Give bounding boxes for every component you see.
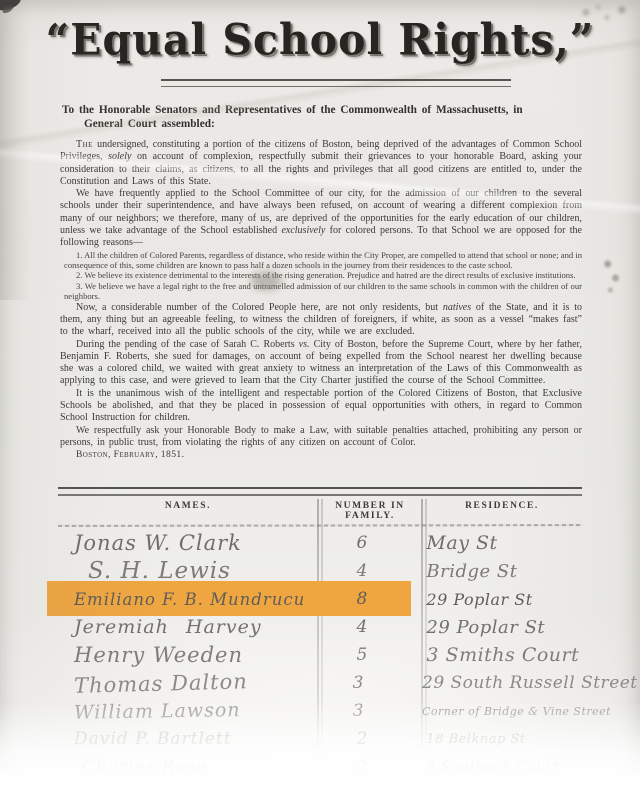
family-count: 3	[308, 673, 408, 693]
table-top-rule	[58, 487, 582, 496]
table-header-row: NAMES. NUMBER IN FAMILY. RESIDENCE.	[58, 501, 582, 521]
family-count: 4	[311, 561, 412, 581]
residence: 29 Poplar St	[412, 617, 582, 638]
signature-name: Jonas W. Clark	[58, 531, 311, 555]
signature-row: William Lawson3Corner of Bridge & Vine S…	[58, 697, 582, 725]
ink-speckles	[600, 256, 626, 296]
page-title: “Equal School Rights,”	[0, 15, 640, 65]
salutation: To the Honorable Senators and Representa…	[62, 103, 582, 131]
title-divider-rule	[161, 79, 511, 87]
signature-row: Henry Weeden53 Smiths Court	[58, 641, 582, 669]
petition-paragraph: We have frequently applied to the School…	[60, 188, 582, 249]
family-count: 2	[311, 729, 412, 749]
signature-row: David P. Bartlett218 Belknap St	[58, 725, 582, 753]
signature-table: NAMES. NUMBER IN FAMILY. RESIDENCE. Jona…	[58, 487, 582, 781]
petition-paragraph: It is the unanimous wish of the intellig…	[60, 388, 582, 425]
family-count: 3	[308, 701, 408, 721]
residence: 3 Smiths Court	[412, 644, 582, 666]
salutation-line2: General Court assembled:	[84, 117, 582, 131]
petition-paragraph: Now, a considerable number of the Colore…	[60, 302, 582, 339]
petition-paragraph: The undersigned, constituting a portion …	[60, 139, 582, 188]
signature-name: Henry Weeden	[58, 643, 311, 667]
petition-body: The undersigned, constituting a portion …	[60, 139, 582, 462]
signature-name: David P. Bartlett	[58, 729, 311, 749]
signature-row-highlighted: Emiliano F. B. Mundrucu829 Poplar St	[58, 585, 582, 613]
residence: 29 South Russell Street	[408, 673, 582, 693]
signature-name: Emiliano F. B. Mundrucu	[58, 590, 311, 609]
residence: 18 Belknap St	[412, 732, 582, 747]
signature-row: S. H. Lewis4Bridge St	[58, 557, 582, 585]
signature-name: S. H. Lewis	[58, 558, 311, 584]
residence: 29 Poplar St	[412, 590, 582, 609]
reason-item: 1. All the children of Colored Parents, …	[64, 250, 582, 271]
header-wavy-rule	[58, 524, 582, 527]
residence: Bridge St	[412, 561, 582, 582]
column-header-family: NUMBER IN FAMILY.	[318, 501, 422, 521]
family-count: 4	[311, 617, 412, 637]
residence: May St	[412, 532, 582, 554]
family-count: 5	[311, 645, 412, 665]
dateline: Boston, February, 1851.	[60, 449, 582, 461]
signature-name: Thomas Dalton	[58, 668, 309, 699]
signature-row: Jeremiah Harvey429 Poplar St	[58, 613, 582, 641]
masthead: “Equal School Rights,”	[0, 0, 640, 87]
scanned-petition-page: “Equal School Rights,” To the Honorable …	[0, 0, 640, 786]
family-count: 6	[311, 533, 412, 553]
salutation-line1: To the Honorable Senators and Representa…	[62, 103, 582, 117]
signature-name: Charles Rose	[58, 757, 311, 777]
petition-paragraph: During the pending of the case of Sarah …	[60, 339, 582, 388]
signature-name: Jeremiah Harvey	[58, 616, 311, 638]
family-count: 2	[311, 757, 412, 777]
family-count: 8	[311, 589, 412, 609]
signature-row: Jonas W. Clark6May St	[58, 529, 582, 557]
signature-name: William Lawson	[58, 698, 309, 724]
signature-row: Thomas Dalton329 South Russell Street	[58, 669, 582, 697]
signature-rows: Jonas W. Clark6May StS. H. Lewis4Bridge …	[58, 529, 582, 781]
column-header-names: NAMES.	[58, 501, 318, 521]
reason-item: 2. We believe its existence detrimental …	[64, 270, 582, 280]
residence: 2 Southack Court	[412, 759, 582, 775]
column-header-residence: RESIDENCE.	[422, 501, 582, 521]
signature-row: Charles Rose22 Southack Court	[58, 753, 582, 781]
petition-paragraph: We respectfully ask your Honorable Body …	[60, 425, 582, 450]
reason-item: 3. We believe we have a legal right to t…	[64, 281, 582, 302]
residence: Corner of Bridge & Vine Street	[408, 705, 582, 718]
